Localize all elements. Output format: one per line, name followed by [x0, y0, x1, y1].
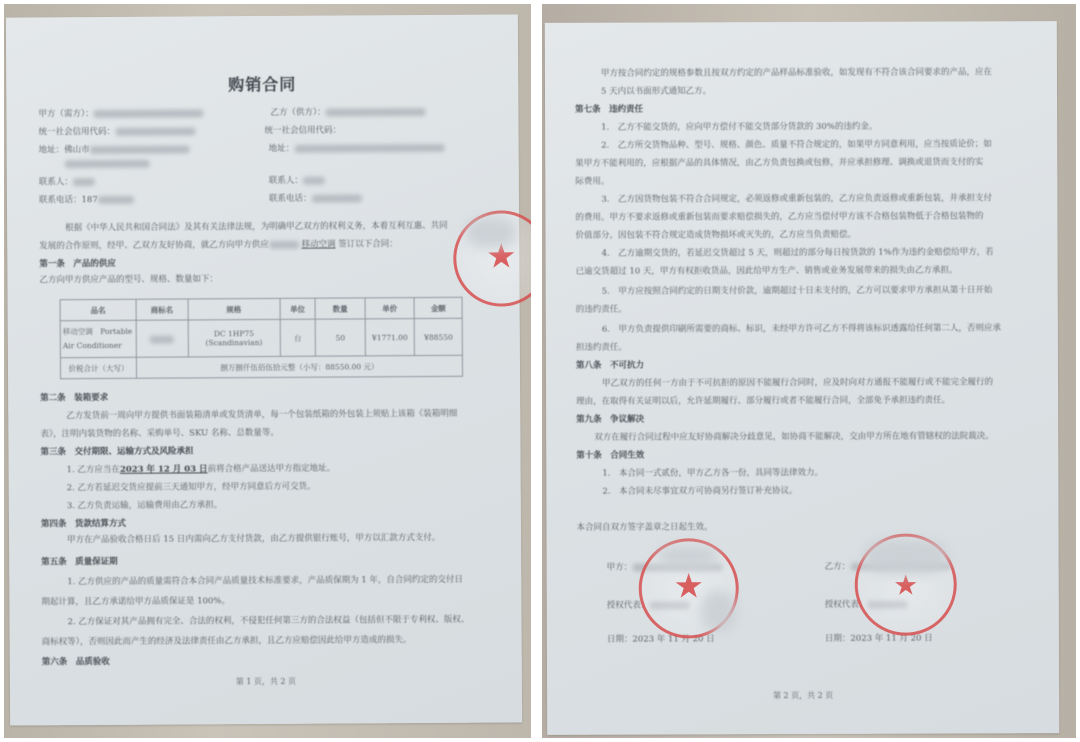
article-3-item-2: 2. 乙方若延迟交货应提前三天通知甲方，经甲方同意后方可交货。: [67, 482, 316, 495]
article-7-item-4a: 4. 乙方逾期交货的，若延迟交货超过 5 天，则超过的部分每日按货款的 1%作为…: [602, 247, 994, 259]
article-7-item-2b: 果甲方不能利用的，应根据产品的具体情况，由乙方负责包换或包修，并应承担修理、调换…: [575, 157, 983, 169]
goods-table-header: 品名 商标名 规格 单位 数量 单价 金额: [60, 297, 462, 320]
redacted-seal-text: [466, 217, 516, 247]
preamble-2a: 发展的合作原则，经甲、乙双方友好协商，就乙方向甲方供应: [39, 240, 269, 251]
article-7-item-5b: 的违约责任。: [576, 305, 627, 316]
credit-code-b: 统一社会信用代码：: [265, 126, 342, 137]
redacted-phone-a: [98, 195, 134, 203]
article-5-item-1b: 期起计算，且乙方承诺给甲方品质保证是 100%。: [41, 596, 230, 608]
article-1-title: 第一条 产品的供应: [39, 259, 116, 270]
article-10-title: 第十条 合同生效: [576, 451, 644, 462]
article-10-item-1: 1. 本合同一式贰份，甲方乙方各一份，具同等法律效力。: [602, 468, 823, 480]
contact-a-label: 联系人：: [39, 177, 73, 187]
phone-a-label: 联系电话：187: [39, 195, 98, 205]
table-row: 移动空调 PortableAir Conditioner DC 1HP75 (S…: [60, 318, 462, 357]
date-party-b: 日期：2023 年 11 月 20 日: [825, 634, 933, 645]
contract-page-2: 甲方按合同约定的规格参数且按双方约定的产品样品标准验收，如发现有不符合该合同要求…: [545, 21, 1059, 735]
address-b-label: 地址：: [269, 144, 295, 154]
header-unit: 单位: [280, 298, 316, 319]
article-6-cont-line-1: 甲方按合同约定的规格参数且按双方约定的产品样品标准验收，如发现有不符合该合同要求…: [601, 67, 992, 79]
goods-table: 品名 商标名 规格 单位 数量 单价 金额 移动空调 PortableAir C…: [60, 297, 463, 379]
article-1-text: 乙方向甲方供应产品的型号、规格、数量如下：: [39, 274, 218, 286]
photo-page-1: 购销合同 甲方（需方）： 乙方（供方）： 统一社会信用代码： 统一社会信用代码：…: [4, 4, 531, 738]
party-b-label: 乙方（供方）：: [270, 108, 325, 118]
address-a: 地址：佛山市: [39, 144, 190, 156]
credit-code-a: 统一社会信用代码：: [39, 126, 196, 138]
product-name-line2: Air Conditioner: [63, 341, 122, 350]
header-product-name: 品名: [60, 299, 136, 320]
redacted-contact-b: [303, 176, 325, 184]
cell-product-name: 移动空调 PortableAir Conditioner: [60, 320, 136, 357]
redacted-brand: [269, 240, 299, 248]
article-2-title: 第二条 装箱要求: [40, 393, 108, 404]
address-a-line2: [65, 159, 150, 171]
article-3-item-1: 1. 乙方应当在2023 年 12 月 03 日前将合格产品送达甲方指定地址。: [67, 464, 336, 477]
art3-item1-suffix: 前将合格产品送达甲方指定地址。: [208, 464, 336, 475]
redacted-seal-text-b: [864, 538, 948, 574]
contact-b: 联系人：: [269, 176, 325, 187]
cell-qty: 50: [315, 319, 365, 356]
phone-a: 联系电话：187: [39, 195, 134, 207]
redacted-brand-cell: [150, 335, 174, 343]
party-a-line: 甲方（需方）：: [38, 108, 203, 120]
redacted-party-a: [94, 109, 204, 118]
page-footer-2: 第 2 页，共 2 页: [547, 689, 1059, 702]
article-7-item-4b: 已逾交货超过 10 天，甲方有权拒收货品，因此给甲方生产、销售或业务发展带来的损…: [576, 265, 958, 277]
document-title: 购销合同: [6, 70, 518, 96]
contact-b-label: 联系人：: [269, 176, 303, 186]
preamble-line-2: 发展的合作原则，经甲、乙双方友好协商，就乙方向甲方供应 移动空调 签订以下合同：: [39, 239, 398, 252]
product-name-line1: 移动空调 Portable: [63, 327, 133, 336]
article-7-item-2a: 2. 乙方所交货物品种、型号、规格、颜色、质量不符合规定的，如果甲方同意利用，应…: [601, 139, 992, 151]
cell-spec: DC 1HP75 (Scandinavian): [188, 319, 280, 357]
article-2-line-1: 乙方发货前一周向甲方提供书面装箱清单或发货清单，每一个包装纸箱的外包装上须贴上该…: [66, 409, 457, 422]
phone-b: 联系电话：: [269, 193, 362, 205]
redacted-phone-b: [311, 194, 361, 202]
art3-item1-prefix: 1. 乙方应当在: [67, 465, 120, 475]
credit-code-a-label: 统一社会信用代码：: [39, 127, 116, 137]
redacted-party-b: [326, 108, 426, 117]
article-2-line-2: 表》，注明内装货物的名称、采购单号、SKU 名称、总数量等。: [40, 428, 279, 440]
article-10-item-2: 2. 本合同未尽事宜双方可协商另行签订补充协议。: [602, 486, 797, 498]
article-3-item-3: 3. 乙方负责运输，运输费用由乙方承担。: [67, 500, 222, 512]
redacted-seal-text-a2: [702, 591, 736, 631]
article-7-item-2c: 际费用。: [575, 177, 609, 188]
article-7-item-5a: 5. 甲方应按照合同约定的日期支付价款，逾期超过十日未支付的，乙方可以要求甲方承…: [602, 285, 993, 297]
company-seal-edge: ★: [453, 210, 531, 307]
party-a-seal: ★: [639, 538, 739, 638]
preamble-2c: 签订以下合同：: [338, 239, 398, 249]
article-5-item-2a: 2. 乙方保证对其产品拥有完全、合法的权利，不侵犯任何第三方的合法权益（包括但不…: [68, 615, 470, 628]
cell-amount: ¥88550: [415, 318, 463, 355]
header-spec: 规格: [188, 298, 280, 320]
cell-price: ¥1771.00: [365, 319, 415, 356]
cell-unit: 台: [280, 319, 316, 356]
party-a-label: 甲方（需方）：: [38, 109, 93, 119]
contract-page-1: 购销合同 甲方（需方）： 乙方（供方）： 统一社会信用代码： 统一社会信用代码：…: [6, 14, 522, 725]
phone-b-label: 联系电话：: [269, 194, 312, 204]
party-b-seal: ★: [855, 533, 957, 635]
delivery-date: 2023 年 12 月 03 日: [120, 464, 208, 475]
redacted-seal-text-a: [658, 545, 718, 567]
table-total-row: 价税合计（大写） 捌万捌仟伍佰伍拾元整（小写：88550.00 元）: [60, 355, 462, 378]
article-9-title: 第九条 争议解决: [576, 415, 644, 426]
total-value: 捌万捌仟伍佰伍拾元整（小写：88550.00 元）: [136, 355, 462, 378]
article-3-title: 第三条 交付期限、运输方式及风险承担: [40, 446, 193, 458]
cell-brand: [136, 320, 188, 357]
article-4-title: 第四条 货款结算方式: [41, 519, 126, 531]
photo-page-2: 甲方按合同约定的规格参数且按双方约定的产品样品标准验收，如发现有不符合该合同要求…: [542, 4, 1076, 738]
address-b: 地址：: [269, 143, 445, 155]
article-7-item-3c: 价值部分。因包装不符合规定造成货物损坏或灭失的，乙方应当负责赔偿。: [575, 230, 856, 242]
redacted-credit-a: [115, 127, 195, 135]
address-a-label: 地址：佛山市: [39, 145, 90, 155]
redacted-address-b: [294, 143, 444, 152]
article-7-item-6a: 6. 甲方负责提供印刷所需要的商标、标识，未经甲方许可乙方不得将该标识透露给任何…: [602, 323, 1001, 335]
article-4-text: 甲方在产品验收合格日后 15 日内需向乙方支付货款，由乙方提供银行账号，甲方以汇…: [67, 533, 440, 546]
contact-a: 联系人：: [39, 177, 95, 188]
effective-clause: 本合同自双方签字盖章之日起生效。: [577, 522, 713, 533]
total-label: 价税合计（大写）: [60, 357, 136, 378]
article-5-item-2b: 商标权等），否则因此而产生的经济及法律责任由乙方承担，且乙方应赔偿因此给甲方造成…: [42, 635, 412, 648]
preamble-line-1: 根据《中华人民共和国合同法》及其有关法律法规，为明确甲乙双方的权利义务，本着互利…: [65, 221, 448, 234]
article-8-line-1: 甲乙双方的任何一方由于不可抗拒的原因不能履行合同时，应及时向对方通报不能履行或不…: [602, 377, 993, 389]
sign-b-label: 乙方：: [825, 562, 851, 572]
article-8-line-2: 理由，在取得有关证明以后，允许延期履行、部分履行或者不能履行合同，全部免予承担违…: [576, 395, 950, 407]
party-b-line: 乙方（供方）：: [270, 107, 425, 119]
article-7-title: 第七条 违约责任: [575, 105, 643, 116]
article-8-title: 第八条 不可抗力: [576, 361, 644, 372]
header-price: 单价: [365, 298, 415, 319]
header-amount: 金额: [414, 297, 462, 318]
redacted-address-a-2: [65, 159, 150, 168]
article-7-item-6b: 担违约责任。: [576, 343, 627, 354]
article-6-title: 第六条 品质验收: [42, 657, 110, 668]
header-brand: 商标名: [136, 299, 188, 320]
article-6-cont-line-2: 5 天内以书面形式通知乙方。: [601, 86, 711, 97]
header-qty: 数量: [315, 298, 365, 319]
page-footer-1: 第 1 页，共 2 页: [10, 674, 522, 688]
article-9-text: 双方在履行合同过程中应友好协商解决分歧意见，如协商不能解决，交由甲方所在地有管辖…: [594, 431, 994, 443]
article-5-item-1a: 1. 乙方供应的产品的质量需符合本合同产品质量技术标准要求，产品质保期为 1 年…: [67, 575, 463, 588]
article-7-item-3b: 的费用。甲方不要求返修或重新包装而要求赔偿损失的，乙方应当偿付甲方该不合格包装物…: [575, 211, 983, 223]
article-7-item-1: 1. 乙方不能交货的，应向甲方偿付不能交货部分货款的 30%的违约金。: [601, 122, 877, 134]
redacted-address-a: [90, 145, 190, 154]
article-7-item-3a: 3. 乙方因货物包装不符合合同规定，必须返修或重新包装的，乙方应负责返修或重新包…: [601, 193, 992, 205]
article-5-title: 第五条 质量保证期: [41, 557, 118, 568]
product-name: 移动空调: [301, 240, 335, 250]
sign-a-label: 甲方：: [607, 563, 633, 573]
redacted-contact-a: [73, 178, 95, 186]
